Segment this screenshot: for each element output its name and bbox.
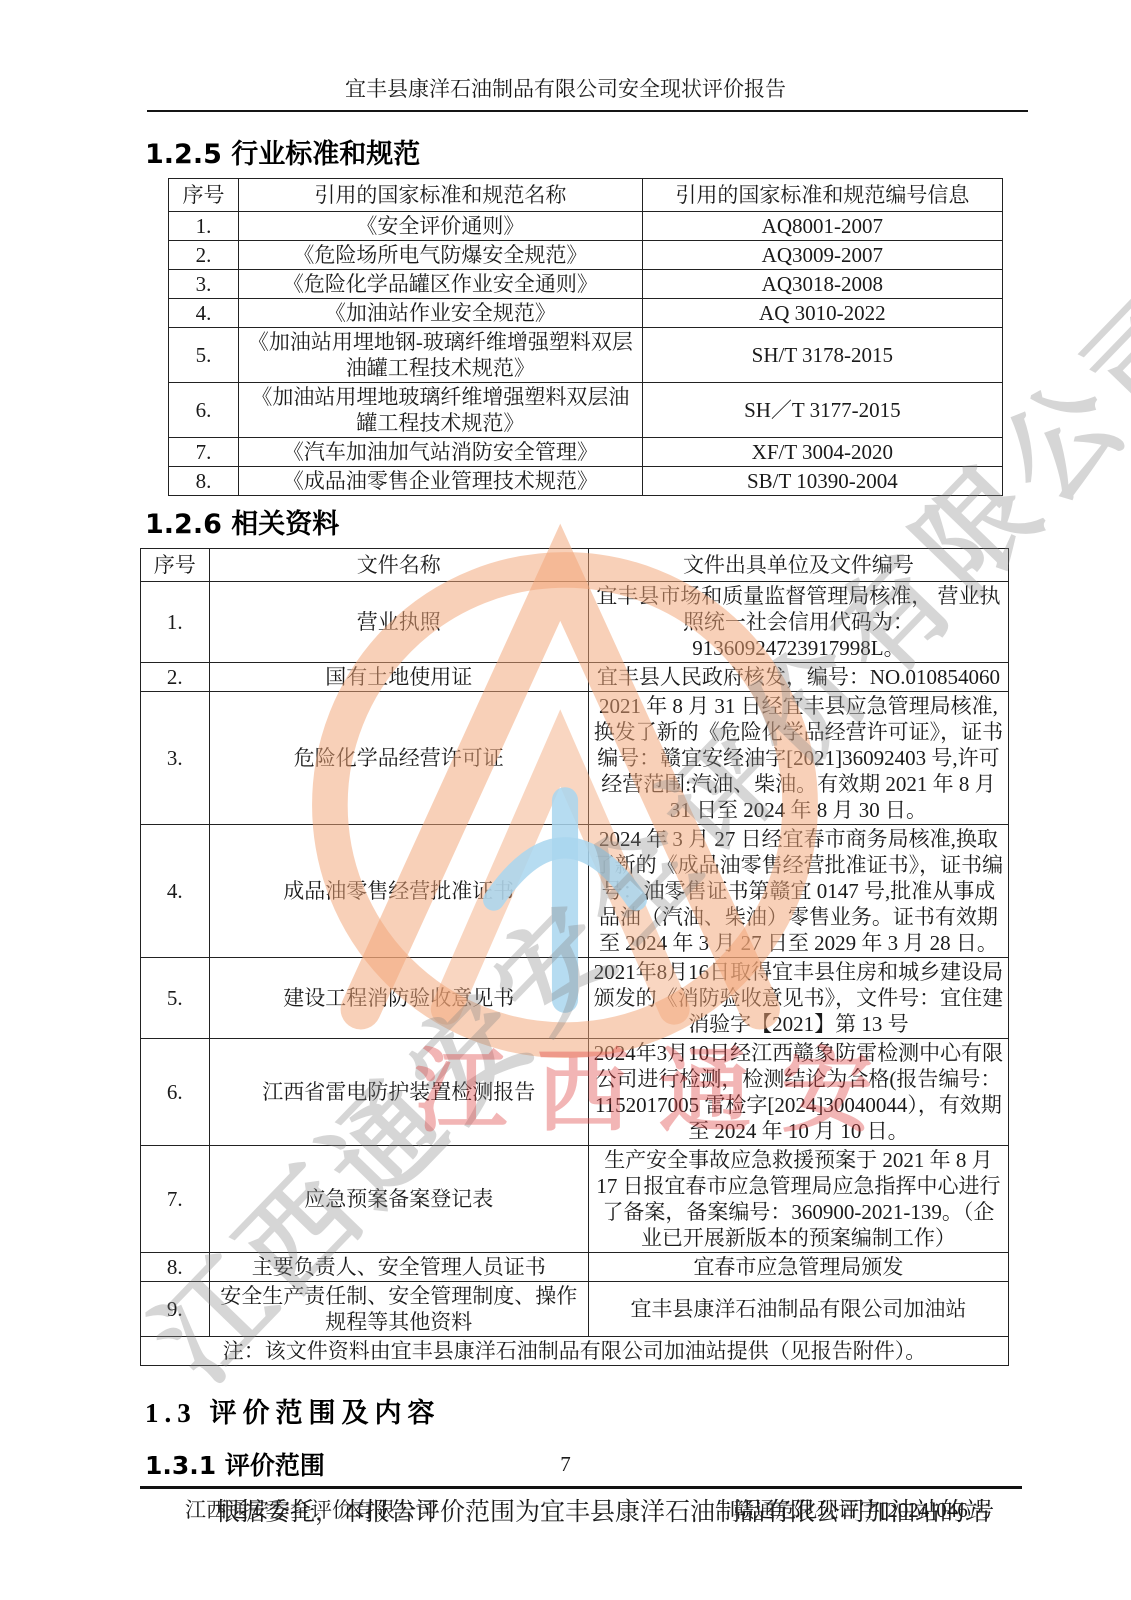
- table-cell: 7.: [141, 1146, 210, 1253]
- section-heading-125: 1.2.5 行业标准和规范: [145, 138, 1131, 172]
- table-row: 5.建设工程消防验收意见书2021年8月16日取得宜丰县住房和城乡建设局颁发的《…: [141, 958, 1009, 1039]
- table-row: 9.安全生产责任制、安全管理制度、操作规程等其他资料宜丰县康洋石油制品有限公司加…: [141, 1282, 1009, 1337]
- table-cell: 主要负责人、安全管理人员证书: [209, 1253, 588, 1282]
- table-cell: 7.: [169, 438, 239, 467]
- table-header-row: 序号文件名称文件出具单位及文件编号: [141, 549, 1009, 582]
- table-cell: 江西省雷电防护装置检测报告: [209, 1039, 588, 1146]
- table-cell: 《汽车加油加气站消防安全管理》: [239, 438, 643, 467]
- table-cell: 3.: [169, 270, 239, 299]
- standards-table: 序号引用的国家标准和规范名称引用的国家标准和规范编号信息1.《安全评价通则》AQ…: [168, 178, 1003, 496]
- table-cell: 《加油站用埋地钢-玻璃纤维增强塑料双层油罐工程技术规范》: [239, 328, 643, 383]
- table-row: 5.《加油站用埋地钢-玻璃纤维增强塑料双层油罐工程技术规范》SH/T 3178-…: [169, 328, 1003, 383]
- table-row: 6.《加油站用埋地玻璃纤维增强塑料双层油罐工程技术规范》SH／T 3177-20…: [169, 383, 1003, 438]
- table-cell: XF/T 3004-2020: [642, 438, 1002, 467]
- table-cell: 宜丰县康洋石油制品有限公司加油站: [588, 1282, 1008, 1337]
- footer-company: 江西通安安全评价有限公司: [140, 1496, 437, 1524]
- table-cell: 成品油零售经营批准证书: [209, 825, 588, 958]
- header-rule: [147, 110, 1028, 112]
- table-row: 4.成品油零售经营批准证书2024 年 3 月 27 日经宜春市商务局核准,换取…: [141, 825, 1009, 958]
- section-heading-13: 1.3 评价范围及内容: [145, 1396, 1131, 1430]
- report-page: 宜丰县康洋石油制品有限公司安全现状评价报告 1.2.5 行业标准和规范 序号引用…: [0, 0, 1131, 1600]
- table-cell: 5.: [169, 328, 239, 383]
- table-note-row: 注：该文件资料由宜丰县康洋石油制品有限公司加油站提供（见报告附件）。: [141, 1337, 1009, 1366]
- table-cell: 安全生产责任制、安全管理制度、操作规程等其他资料: [209, 1282, 588, 1337]
- table-header-row: 序号引用的国家标准和规范名称引用的国家标准和规范编号信息: [169, 179, 1003, 212]
- table-cell: 3.: [141, 692, 210, 825]
- table-cell: AQ3018-2008: [642, 270, 1002, 299]
- table-cell: 8.: [141, 1253, 210, 1282]
- table-cell: 9.: [141, 1282, 210, 1337]
- table-cell: 建设工程消防验收意见书: [209, 958, 588, 1039]
- table-row: 7.应急预案备案登记表生产安全事故应急救援预案于 2021 年 8 月 17 日…: [141, 1146, 1009, 1253]
- table-cell: 2.: [169, 241, 239, 270]
- table-cell: 宜丰县人民政府核发，编号：NO.010854060: [588, 663, 1008, 692]
- footer-rule: [140, 1486, 1022, 1489]
- table-header-cell: 序号: [169, 179, 239, 212]
- documents-table: 序号文件名称文件出具单位及文件编号1.营业执照宜丰县市场和质量监督管理局核准， …: [140, 548, 1009, 1366]
- table-cell: 1.: [141, 582, 210, 663]
- table-row: 4.《加油站作业安全规范》AQ 3010-2022: [169, 299, 1003, 328]
- page-footer: 江西通安安全评价有限公司 赣通危化现评字[2024]046 号: [140, 1496, 1022, 1524]
- table-cell: 8.: [169, 467, 239, 496]
- table-header-cell: 引用的国家标准和规范名称: [239, 179, 643, 212]
- table-cell: 2021 年 8 月 31 日经宜丰县应急管理局核准,换发了新的《危险化学品经营…: [588, 692, 1008, 825]
- table-cell: 宜丰县市场和质量监督管理局核准， 营业执照统一社会信用代码为：913609247…: [588, 582, 1008, 663]
- table-header-cell: 序号: [141, 549, 210, 582]
- table-row: 8.主要负责人、安全管理人员证书宜春市应急管理局颁发: [141, 1253, 1009, 1282]
- table-cell: AQ 3010-2022: [642, 299, 1002, 328]
- table-cell: 《成品油零售企业管理技术规范》: [239, 467, 643, 496]
- table-cell: 1.: [169, 212, 239, 241]
- table-cell: SH／T 3177-2015: [642, 383, 1002, 438]
- table-header-cell: 引用的国家标准和规范编号信息: [642, 179, 1002, 212]
- page-header-title: 宜丰县康洋石油制品有限公司安全现状评价报告: [147, 0, 984, 104]
- section-heading-126: 1.2.6 相关资料: [145, 508, 1131, 542]
- table-cell: 应急预案备案登记表: [209, 1146, 588, 1253]
- table-cell: 4.: [169, 299, 239, 328]
- table-row: 3.《危险化学品罐区作业安全通则》AQ3018-2008: [169, 270, 1003, 299]
- table-cell: 6.: [141, 1039, 210, 1146]
- table-cell: 生产安全事故应急救援预案于 2021 年 8 月 17 日报宜春市应急管理局应急…: [588, 1146, 1008, 1253]
- table-row: 1.营业执照宜丰县市场和质量监督管理局核准， 营业执照统一社会信用代码为：913…: [141, 582, 1009, 663]
- table-cell: 《加油站作业安全规范》: [239, 299, 643, 328]
- page-number: 7: [0, 1452, 1131, 1477]
- table-cell: 《加油站用埋地玻璃纤维增强塑料双层油罐工程技术规范》: [239, 383, 643, 438]
- table-cell: 《危险场所电气防爆安全规范》: [239, 241, 643, 270]
- table-cell: 营业执照: [209, 582, 588, 663]
- table-row: 7.《汽车加油加气站消防安全管理》XF/T 3004-2020: [169, 438, 1003, 467]
- table-cell: 2021年8月16日取得宜丰县住房和城乡建设局颁发的《消防验收意见书》，文件号：…: [588, 958, 1008, 1039]
- table-note-cell: 注：该文件资料由宜丰县康洋石油制品有限公司加油站提供（见报告附件）。: [141, 1337, 1009, 1366]
- table-header-cell: 文件出具单位及文件编号: [588, 549, 1008, 582]
- table-row: 2.国有土地使用证宜丰县人民政府核发，编号：NO.010854060: [141, 663, 1009, 692]
- table-cell: 4.: [141, 825, 210, 958]
- footer-doc-number: 赣通危化现评字[2024]046 号: [733, 1496, 1022, 1524]
- table-cell: 宜春市应急管理局颁发: [588, 1253, 1008, 1282]
- table-cell: SB/T 10390-2004: [642, 467, 1002, 496]
- table-row: 6.江西省雷电防护装置检测报告2024年3月10日经江西赣象防雷检测中心有限公司…: [141, 1039, 1009, 1146]
- table-cell: 危险化学品经营许可证: [209, 692, 588, 825]
- table-cell: 2024年3月10日经江西赣象防雷检测中心有限公司进行检测，检测结论为合格(报告…: [588, 1039, 1008, 1146]
- table-cell: SH/T 3178-2015: [642, 328, 1002, 383]
- table-cell: AQ8001-2007: [642, 212, 1002, 241]
- table-cell: 6.: [169, 383, 239, 438]
- table-cell: 《安全评价通则》: [239, 212, 643, 241]
- table-cell: 国有土地使用证: [209, 663, 588, 692]
- table-row: 3.危险化学品经营许可证2021 年 8 月 31 日经宜丰县应急管理局核准,换…: [141, 692, 1009, 825]
- table-cell: 《危险化学品罐区作业安全通则》: [239, 270, 643, 299]
- table-row: 1.《安全评价通则》AQ8001-2007: [169, 212, 1003, 241]
- table-cell: 2.: [141, 663, 210, 692]
- table-header-cell: 文件名称: [209, 549, 588, 582]
- table-cell: 2024 年 3 月 27 日经宜春市商务局核准,换取了新的《成品油零售经营批准…: [588, 825, 1008, 958]
- table-row: 2.《危险场所电气防爆安全规范》AQ3009-2007: [169, 241, 1003, 270]
- table-row: 8.《成品油零售企业管理技术规范》SB/T 10390-2004: [169, 467, 1003, 496]
- table-cell: 5.: [141, 958, 210, 1039]
- table-cell: AQ3009-2007: [642, 241, 1002, 270]
